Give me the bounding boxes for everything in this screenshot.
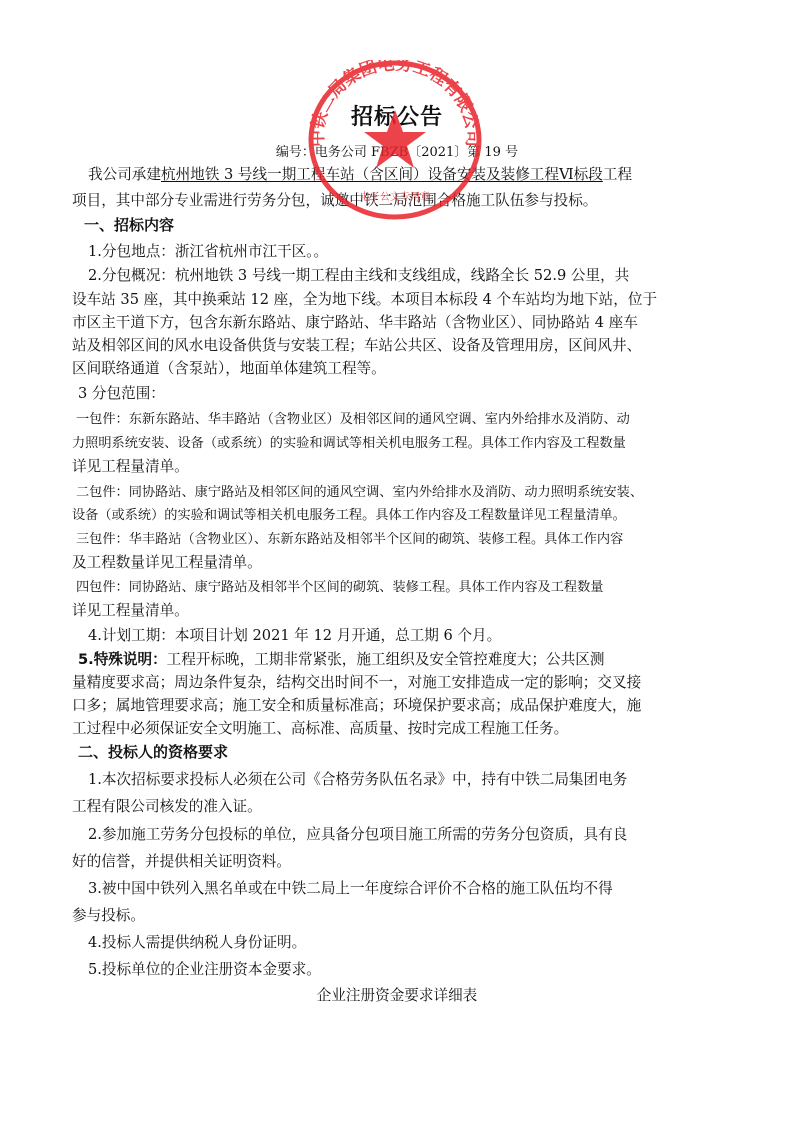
special-notes-text: 工程开标晚，工期非常紧张，施工组织及安全管控难度大；公共区测: [167, 651, 605, 668]
section-heading-qualifications: 二、投标人的资格要求: [78, 741, 228, 762]
requirement-line: 好的信誉，并提供相关证明资料。: [72, 850, 291, 871]
requirement-line: 2.参加施工劳务分包投标的单位，应具备分包项目施工所需的劳务分包资质，具有良: [88, 823, 627, 844]
project-name: 杭州地铁 3 号线一期工程车站（含区间）设备安装及装修工程Ⅵ标段: [161, 166, 603, 183]
requirement-line: 4.投标人需提供纳税人身份证明。: [88, 931, 306, 952]
requirement-line: 5.投标单位的企业注册资本金要求。: [88, 958, 321, 979]
item-location: 1.分包地点：浙江省杭州市江干区。。: [88, 240, 328, 261]
intro-line-2: 项目，其中部分专业需进行劳务分包，诚邀中铁二局范围合格施工队伍参与投标。: [72, 189, 597, 210]
package-4-line: 详见工程量清单。: [72, 599, 189, 620]
intro-prefix: 我公司承建: [88, 166, 161, 183]
special-notes-label: 5.特殊说明：: [78, 651, 167, 668]
item-overview-line: 2.分包概况：杭州地铁 3 号线一期工程由主线和支线组成，线路全长 52.9 公…: [88, 264, 629, 285]
item-schedule: 4.计划工期：本项目计划 2021 年 12 月开通，总工期 6 个月。: [88, 624, 501, 645]
item-overview-line: 站及相邻区间的风水电设备供货与安装工程；车站公共区、设备及管理用房，区间风井、: [72, 334, 641, 355]
package-3-line: 三包件：华丰路站（含物业区）、东新东路站及相邻半个区间的砌筑、装修工程。具体工作…: [76, 528, 623, 547]
requirement-line: 参与投标。: [72, 904, 145, 925]
requirement-line: 工程有限公司核发的准入证。: [72, 795, 262, 816]
item-special-notes-line: 口多；属地管理要求高；施工安全和质量标准高；环境保护要求高；成品保护难度大，施: [72, 694, 641, 715]
item-special-notes-line: 工过程中必须保证安全文明施工、高标准、高质量、按时完成工程施工任务。: [72, 717, 568, 738]
table-caption: 企业注册资金要求详细表: [0, 984, 794, 1005]
item-overview-line: 设车站 35 座，其中换乘站 12 座，全为地下线。本项目本标段 4 个车站均为…: [72, 288, 657, 309]
package-4-line: 四包件：同协路站、康宁路站及相邻半个区间的砌筑、装修工程。具体工作内容及工程数量: [76, 576, 604, 595]
package-2-line: 二包件：同协路站、康宁路站及相邻区间的通风空调、室内外给排水及消防、动力照明系统…: [76, 481, 643, 500]
package-3-line: 及工程数量详见工程量清单。: [72, 551, 262, 572]
package-2-line: 设备（或系统）的实验和调试等相关机电服务工程。具体工作内容及工程数量详见工程量清…: [72, 504, 626, 523]
document-page: 中铁二局集团电务工程有限公司 电子公文专用章 招标公告 编号：电务公司 FBZB…: [0, 0, 794, 1123]
item-special-notes-line: 5.特殊说明：工程开标晚，工期非常紧张，施工组织及安全管控难度大；公共区测: [78, 648, 605, 669]
intro-line-1: 我公司承建杭州地铁 3 号线一期工程车站（含区间）设备安装及装修工程Ⅵ标段工程: [88, 163, 632, 184]
item-scope-label: 3 分包范围：: [78, 382, 165, 403]
intro-suffix: 工程: [603, 166, 632, 183]
page-title: 招标公告: [0, 100, 794, 131]
package-1-line: 详见工程量清单。: [72, 455, 189, 476]
requirement-line: 1.本次招标要求投标人必须在公司《合格劳务队伍名录》中，持有中铁二局集团电务: [88, 768, 627, 789]
item-overview-line: 市区主干道下方，包含东新东路站、康宁路站、华丰路站（含物业区）、同协路站 4 座…: [72, 311, 638, 332]
section-heading-bid-content: 一、招标内容: [84, 214, 174, 235]
document-number: 编号：电务公司 FBZB〔2021〕第 19 号: [0, 141, 794, 160]
item-overview-line: 区间联络通道（含泵站），地面单体建筑工程等。: [72, 357, 386, 378]
package-1-line: 力照明系统安装、设备（或系统）的实验和调试等相关机电服务工程。具体工作内容及工程…: [72, 432, 626, 451]
item-special-notes-line: 量精度要求高；周边条件复杂，结构交出时间不一，对施工安排造成一定的影响；交叉接: [72, 671, 641, 692]
requirement-line: 3.被中国中铁列入黑名单或在中铁二局上一年度综合评价不合格的施工队伍均不得: [88, 877, 613, 898]
package-1-line: 一包件：东新东路站、华丰路站（含物业区）及相邻区间的通风空调、室内外给排水及消防…: [76, 408, 630, 427]
